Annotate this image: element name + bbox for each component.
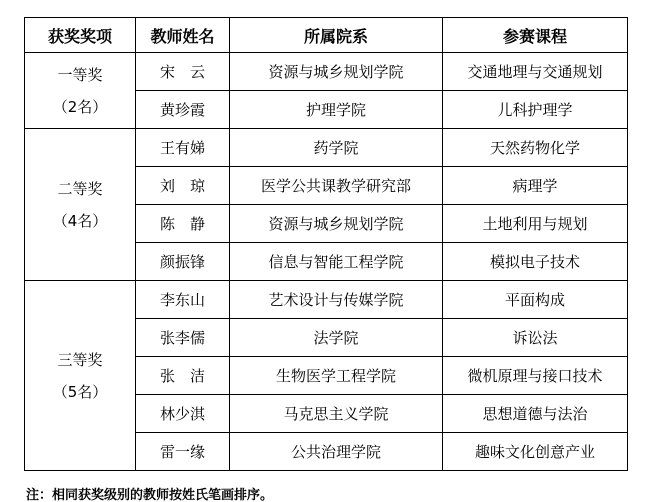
course: 土地利用与规划 xyxy=(443,205,628,243)
award-table: 获奖奖项 教师姓名 所属院系 参赛课程 一等奖（2名）宋 云资源与城乡规划学院交… xyxy=(24,17,628,471)
award-level: 一等奖 xyxy=(25,59,135,91)
course: 诉讼法 xyxy=(443,319,628,357)
teacher-name: 张李儒 xyxy=(136,319,230,357)
teacher-name: 陈 静 xyxy=(136,205,230,243)
department: 信息与智能工程学院 xyxy=(230,243,443,281)
department: 资源与城乡规划学院 xyxy=(230,53,443,91)
header-course: 参赛课程 xyxy=(443,18,628,53)
teacher-name: 林少淇 xyxy=(136,395,230,433)
teacher-name: 李东山 xyxy=(136,281,230,319)
footnote: 注：相同获奖级别的教师按姓氏笔画排序。 xyxy=(26,484,273,502)
department: 生物医学工程学院 xyxy=(230,357,443,395)
table-row: 二等奖（4名）王有娣药学院天然药物化学 xyxy=(25,129,628,167)
course: 病理学 xyxy=(443,167,628,205)
award-level-cell: 三等奖（5名） xyxy=(25,281,136,471)
teacher-name: 王有娣 xyxy=(136,129,230,167)
teacher-name: 雷一缘 xyxy=(136,433,230,471)
header-name: 教师姓名 xyxy=(136,18,230,53)
department: 护理学院 xyxy=(230,91,443,129)
course: 微机原理与接口技术 xyxy=(443,357,628,395)
course: 思想道德与法治 xyxy=(443,395,628,433)
award-count: （5名） xyxy=(25,376,135,408)
course: 趣味文化创意产业 xyxy=(443,433,628,471)
header-award: 获奖奖项 xyxy=(25,18,136,53)
header-row: 获奖奖项 教师姓名 所属院系 参赛课程 xyxy=(25,18,628,53)
course: 平面构成 xyxy=(443,281,628,319)
award-count: （2名） xyxy=(25,91,135,123)
department: 马克思主义学院 xyxy=(230,395,443,433)
teacher-name: 宋 云 xyxy=(136,53,230,91)
award-level: 二等奖 xyxy=(25,173,135,205)
department: 医学公共课教学研究部 xyxy=(230,167,443,205)
award-count: （4名） xyxy=(25,205,135,237)
course: 交通地理与交通规划 xyxy=(443,53,628,91)
course: 天然药物化学 xyxy=(443,129,628,167)
award-level: 三等奖 xyxy=(25,344,135,376)
table-body: 一等奖（2名）宋 云资源与城乡规划学院交通地理与交通规划黄珍霞护理学院儿科护理学… xyxy=(25,53,628,471)
course: 模拟电子技术 xyxy=(443,243,628,281)
teacher-name: 刘 琼 xyxy=(136,167,230,205)
header-dept: 所属院系 xyxy=(230,18,443,53)
course: 儿科护理学 xyxy=(443,91,628,129)
award-level-cell: 二等奖（4名） xyxy=(25,129,136,281)
department: 公共治理学院 xyxy=(230,433,443,471)
department: 艺术设计与传媒学院 xyxy=(230,281,443,319)
table-row: 一等奖（2名）宋 云资源与城乡规划学院交通地理与交通规划 xyxy=(25,53,628,91)
department: 法学院 xyxy=(230,319,443,357)
teacher-name: 颜振锋 xyxy=(136,243,230,281)
teacher-name: 黄珍霞 xyxy=(136,91,230,129)
award-level-cell: 一等奖（2名） xyxy=(25,53,136,129)
teacher-name: 张 洁 xyxy=(136,357,230,395)
department: 药学院 xyxy=(230,129,443,167)
table-row: 三等奖（5名）李东山艺术设计与传媒学院平面构成 xyxy=(25,281,628,319)
department: 资源与城乡规划学院 xyxy=(230,205,443,243)
